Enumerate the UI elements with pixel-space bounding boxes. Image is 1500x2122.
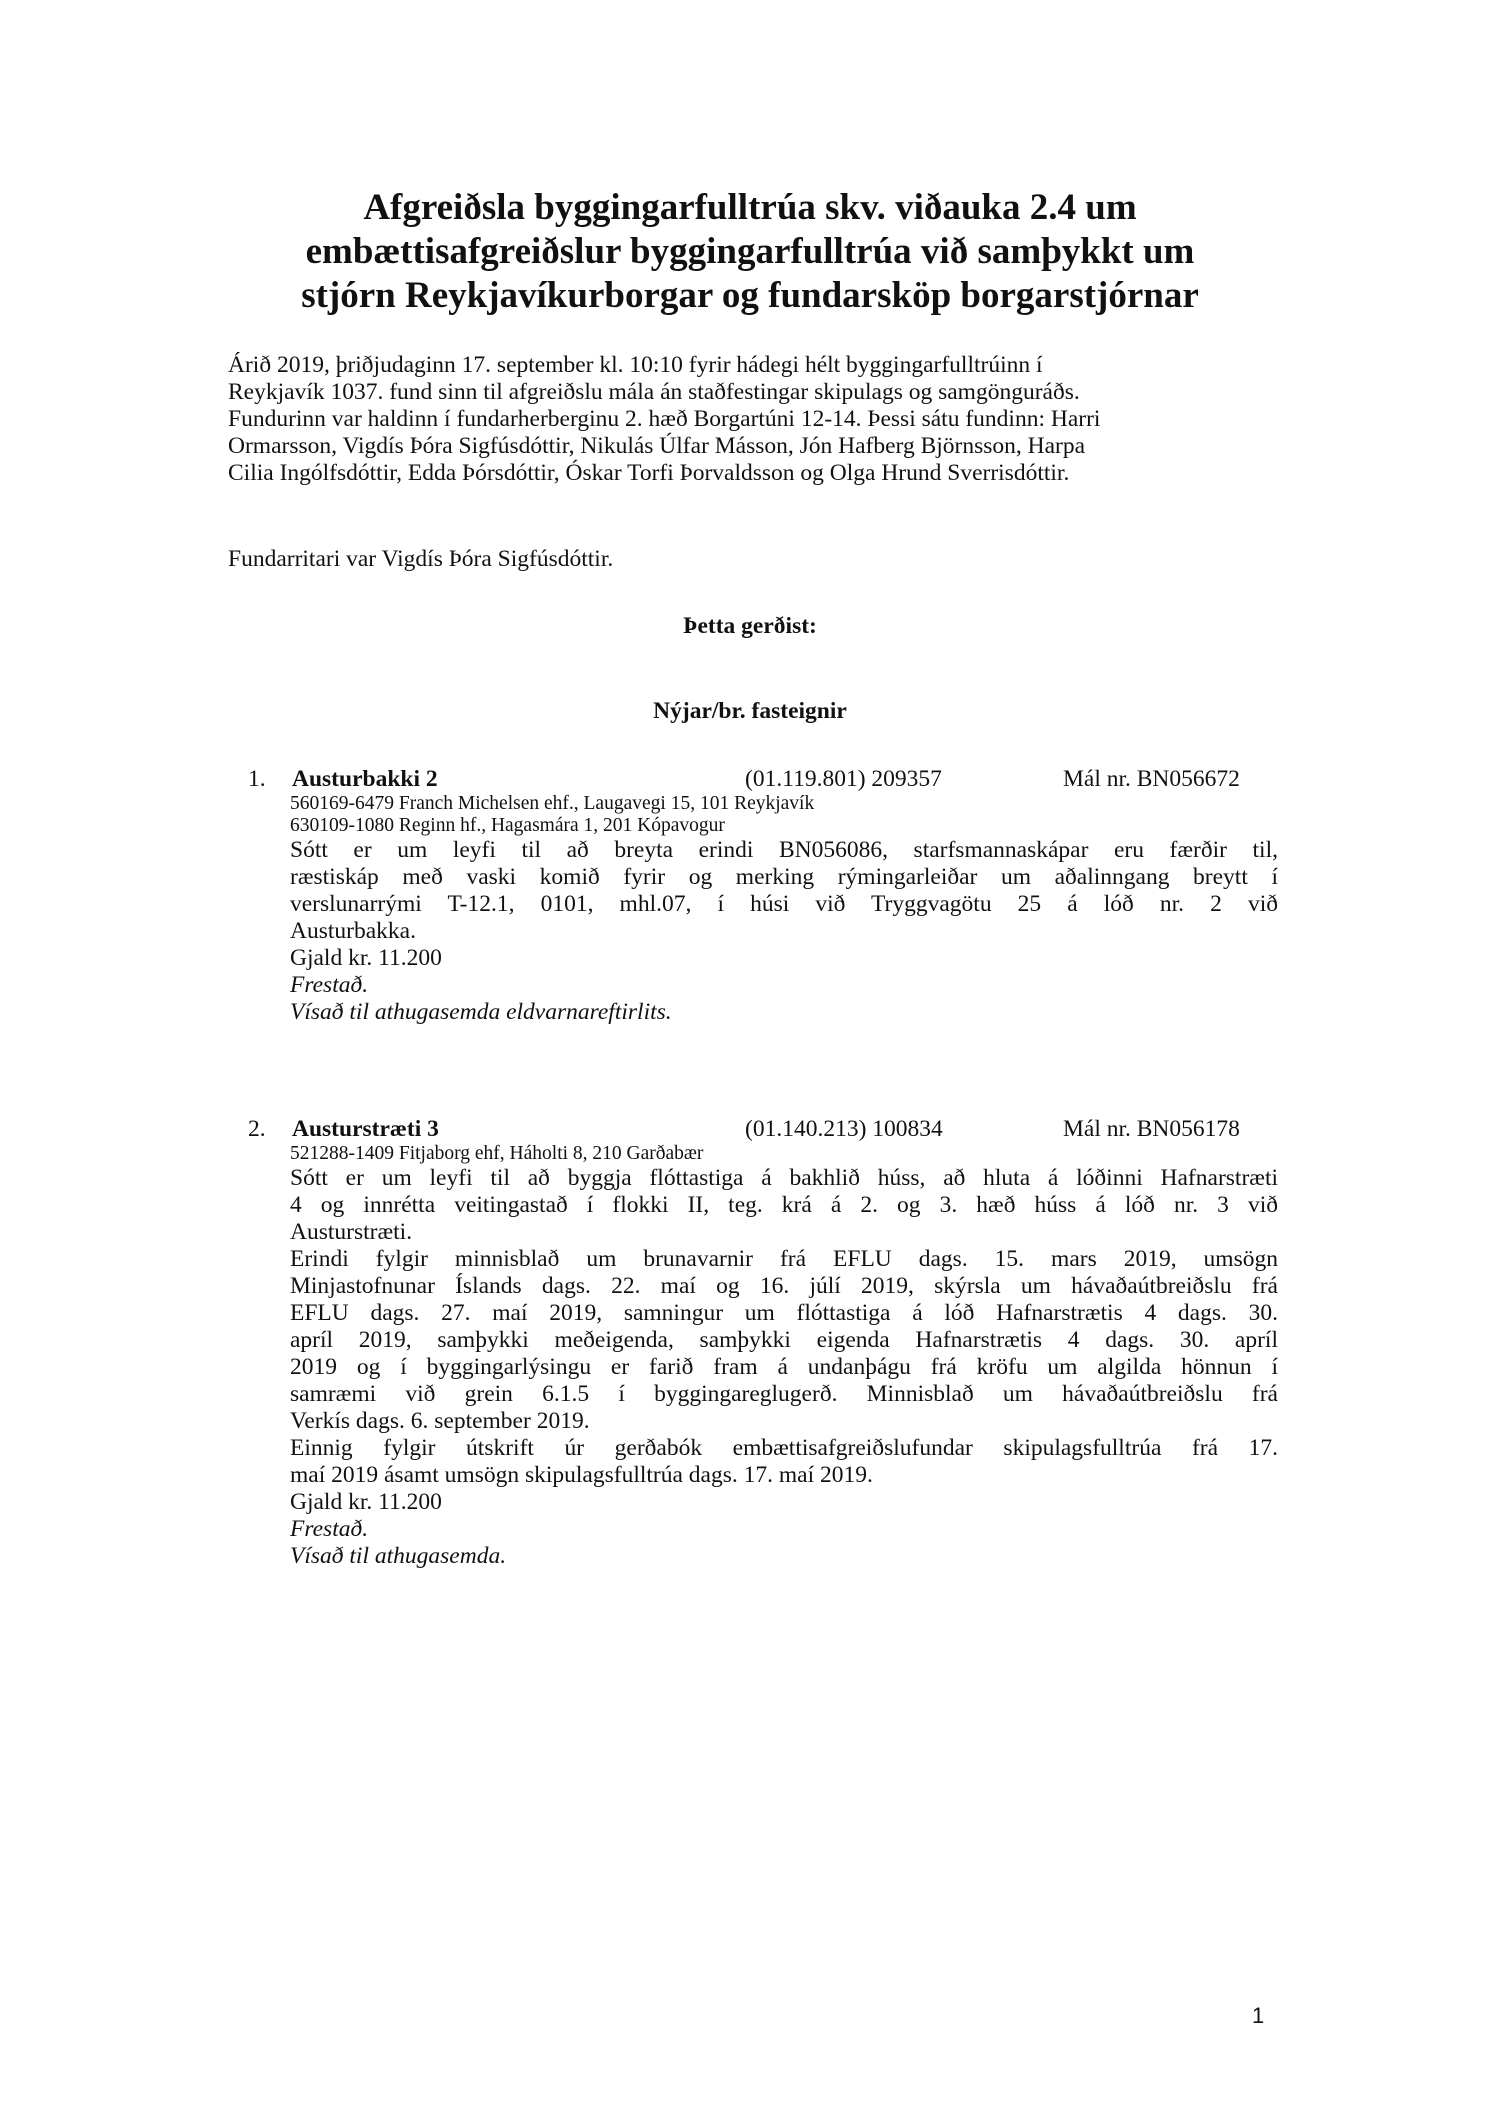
case-attachments: Erindi fylgir minnisblað um brunavarnir … (290, 1246, 1278, 1435)
case-note: Vísað til athugasemda. (290, 1543, 1278, 1570)
description-line: Sótt er um leyfi til að byggja flóttasti… (290, 1165, 1278, 1192)
case-number-index: 1. (248, 766, 266, 793)
attachment-line: EFLU dags. 27. maí 2019, samningur um fl… (290, 1300, 1278, 1327)
attachment-line: apríl 2019, samþykki meðeigenda, samþykk… (290, 1327, 1278, 1354)
case-decision: Frestað. (290, 1516, 1278, 1543)
meeting-secretary: Fundarritari var Vigdís Þóra Sigfúsdótti… (228, 546, 613, 573)
description-line: Sótt er um leyfi til að breyta erindi BN… (290, 837, 1278, 864)
title-line: embættisafgreiðslur byggingarfulltrúa vi… (200, 230, 1300, 274)
meeting-intro: Árið 2019, þriðjudaginn 17. september kl… (228, 352, 1280, 487)
description-line: verslunarrými T-12.1, 0101, mhl.07, í hú… (290, 891, 1278, 918)
description-line: ræstiskáp með vaski komið fyrir og merki… (290, 864, 1278, 891)
title-line: stjórn Reykjavíkurborgar og fundarsköp b… (200, 274, 1300, 318)
case-land-number: (01.119.801) 209357 (745, 766, 942, 793)
extra-line: Einnig fylgir útskrift úr gerðabók embæt… (290, 1435, 1278, 1462)
document-title: Afgreiðsla byggingarfulltrúa skv. viðauk… (200, 186, 1300, 318)
intro-line: Reykjavík 1037. fund sinn til afgreiðslu… (228, 379, 1280, 406)
description-line: Austurstræti. (290, 1219, 1278, 1246)
intro-line: Árið 2019, þriðjudaginn 17. september kl… (228, 352, 1280, 379)
attachment-line: samræmi við grein 6.1.5 í byggingareglug… (290, 1381, 1278, 1408)
extra-line: maí 2019 ásamt umsögn skipulagsfulltrúa … (290, 1462, 1278, 1489)
case-fee: Gjald kr. 11.200 (290, 1489, 1278, 1516)
case-header: 2. Austurstræti 3 (01.140.213) 100834 Má… (228, 1116, 1278, 1143)
case-address: Austurbakki 2 (292, 766, 438, 793)
case-owner: 630109-1080 Reginn hf., Hagasmára 1, 201… (290, 815, 1278, 837)
case-body: 521288-1409 Fitjaborg ehf, Háholti 8, 21… (290, 1143, 1278, 1570)
intro-line: Fundurinn var haldinn í fundarherberginu… (228, 406, 1280, 433)
case-description: Sótt er um leyfi til að byggja flóttasti… (290, 1165, 1278, 1246)
case-fee: Gjald kr. 11.200 (290, 945, 1278, 972)
case-item: 2. Austurstræti 3 (01.140.213) 100834 Má… (228, 1116, 1278, 1570)
case-description: Sótt er um leyfi til að breyta erindi BN… (290, 837, 1278, 945)
description-line: Austurbakka. (290, 918, 1278, 945)
case-item: 1. Austurbakki 2 (01.119.801) 209357 Mál… (228, 766, 1278, 1026)
section-heading: Nýjar/br. fasteignir (200, 698, 1300, 725)
attachment-line: Erindi fylgir minnisblað um brunavarnir … (290, 1246, 1278, 1273)
case-extra: Einnig fylgir útskrift úr gerðabók embæt… (290, 1435, 1278, 1489)
description-line: 4 og innrétta veitingastað í flokki II, … (290, 1192, 1278, 1219)
case-decision: Frestað. (290, 972, 1278, 999)
case-body: 560169-6479 Franch Michelsen ehf., Lauga… (290, 793, 1278, 1026)
attachment-line: 2019 og í byggingarlýsingu er farið fram… (290, 1354, 1278, 1381)
case-number-index: 2. (248, 1116, 266, 1143)
events-heading: Þetta gerðist: (200, 613, 1300, 640)
title-line: Afgreiðsla byggingarfulltrúa skv. viðauk… (200, 186, 1300, 230)
case-reference: Mál nr. BN056672 (1063, 766, 1240, 793)
attachment-line: Minjastofnunar Íslands dags. 22. maí og … (290, 1273, 1278, 1300)
case-owner: 560169-6479 Franch Michelsen ehf., Lauga… (290, 793, 1278, 815)
page-number: 1 (1252, 2003, 1264, 2029)
case-note: Vísað til athugasemda eldvarnareftirlits… (290, 999, 1278, 1026)
case-header: 1. Austurbakki 2 (01.119.801) 209357 Mál… (228, 766, 1278, 793)
case-land-number: (01.140.213) 100834 (745, 1116, 943, 1143)
intro-line: Ormarsson, Vigdís Þóra Sigfúsdóttir, Nik… (228, 433, 1280, 460)
intro-line: Cilia Ingólfsdóttir, Edda Þórsdóttir, Ós… (228, 460, 1280, 487)
attachment-line: Verkís dags. 6. september 2019. (290, 1408, 1278, 1435)
case-owner: 521288-1409 Fitjaborg ehf, Háholti 8, 21… (290, 1143, 1278, 1165)
case-reference: Mál nr. BN056178 (1063, 1116, 1240, 1143)
case-address: Austurstræti 3 (292, 1116, 439, 1143)
